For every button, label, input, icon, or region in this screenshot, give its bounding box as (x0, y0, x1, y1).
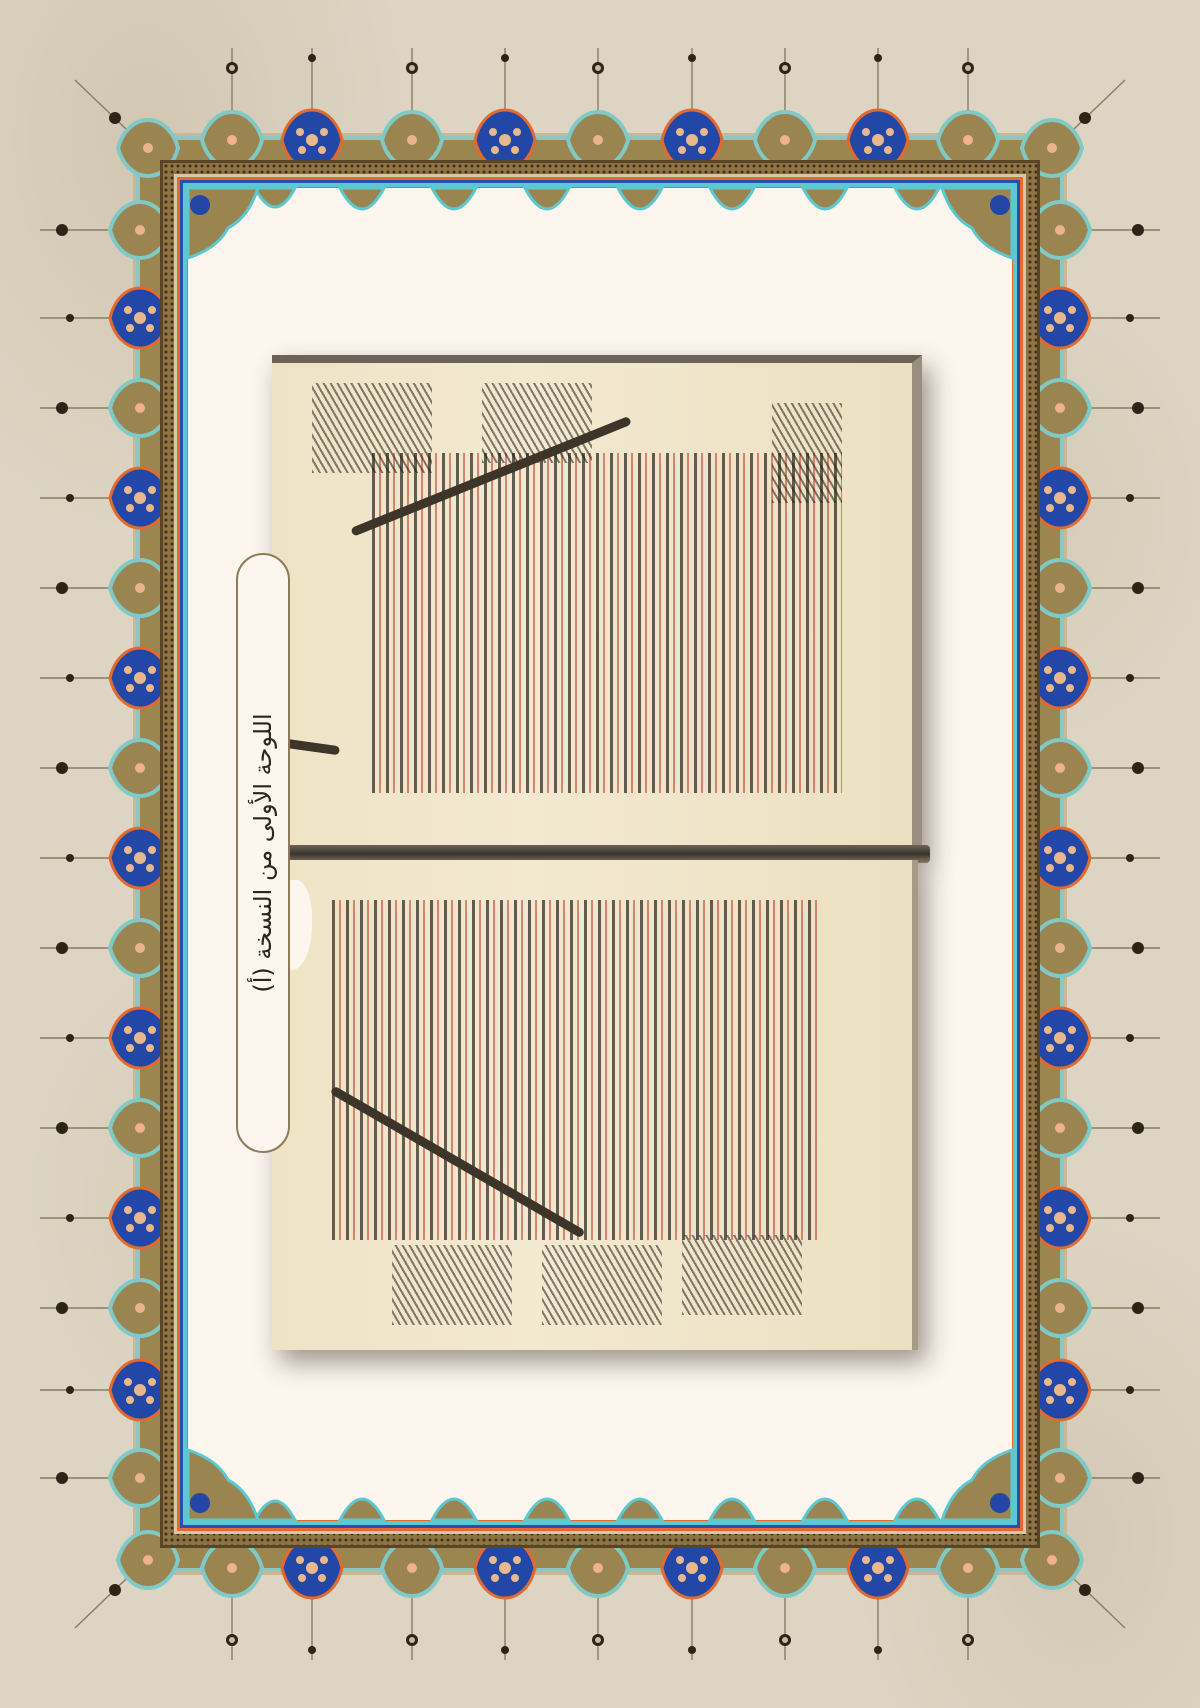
plate-caption: اللوحة الأولى من النسخة (أ) (249, 713, 277, 992)
manuscript-leaf-bottom (272, 860, 918, 1350)
manuscript-photo (258, 355, 930, 1353)
marginal-notes (542, 1245, 662, 1325)
marginal-notes (482, 383, 592, 463)
marginal-notes (682, 1235, 802, 1315)
manuscript-text-block (372, 453, 842, 793)
manuscript-leaf-top (272, 355, 922, 858)
marginal-notes (312, 383, 432, 473)
manuscript-text-block (332, 900, 822, 1240)
marginal-notes (772, 403, 842, 503)
marginal-notes (392, 1245, 512, 1325)
